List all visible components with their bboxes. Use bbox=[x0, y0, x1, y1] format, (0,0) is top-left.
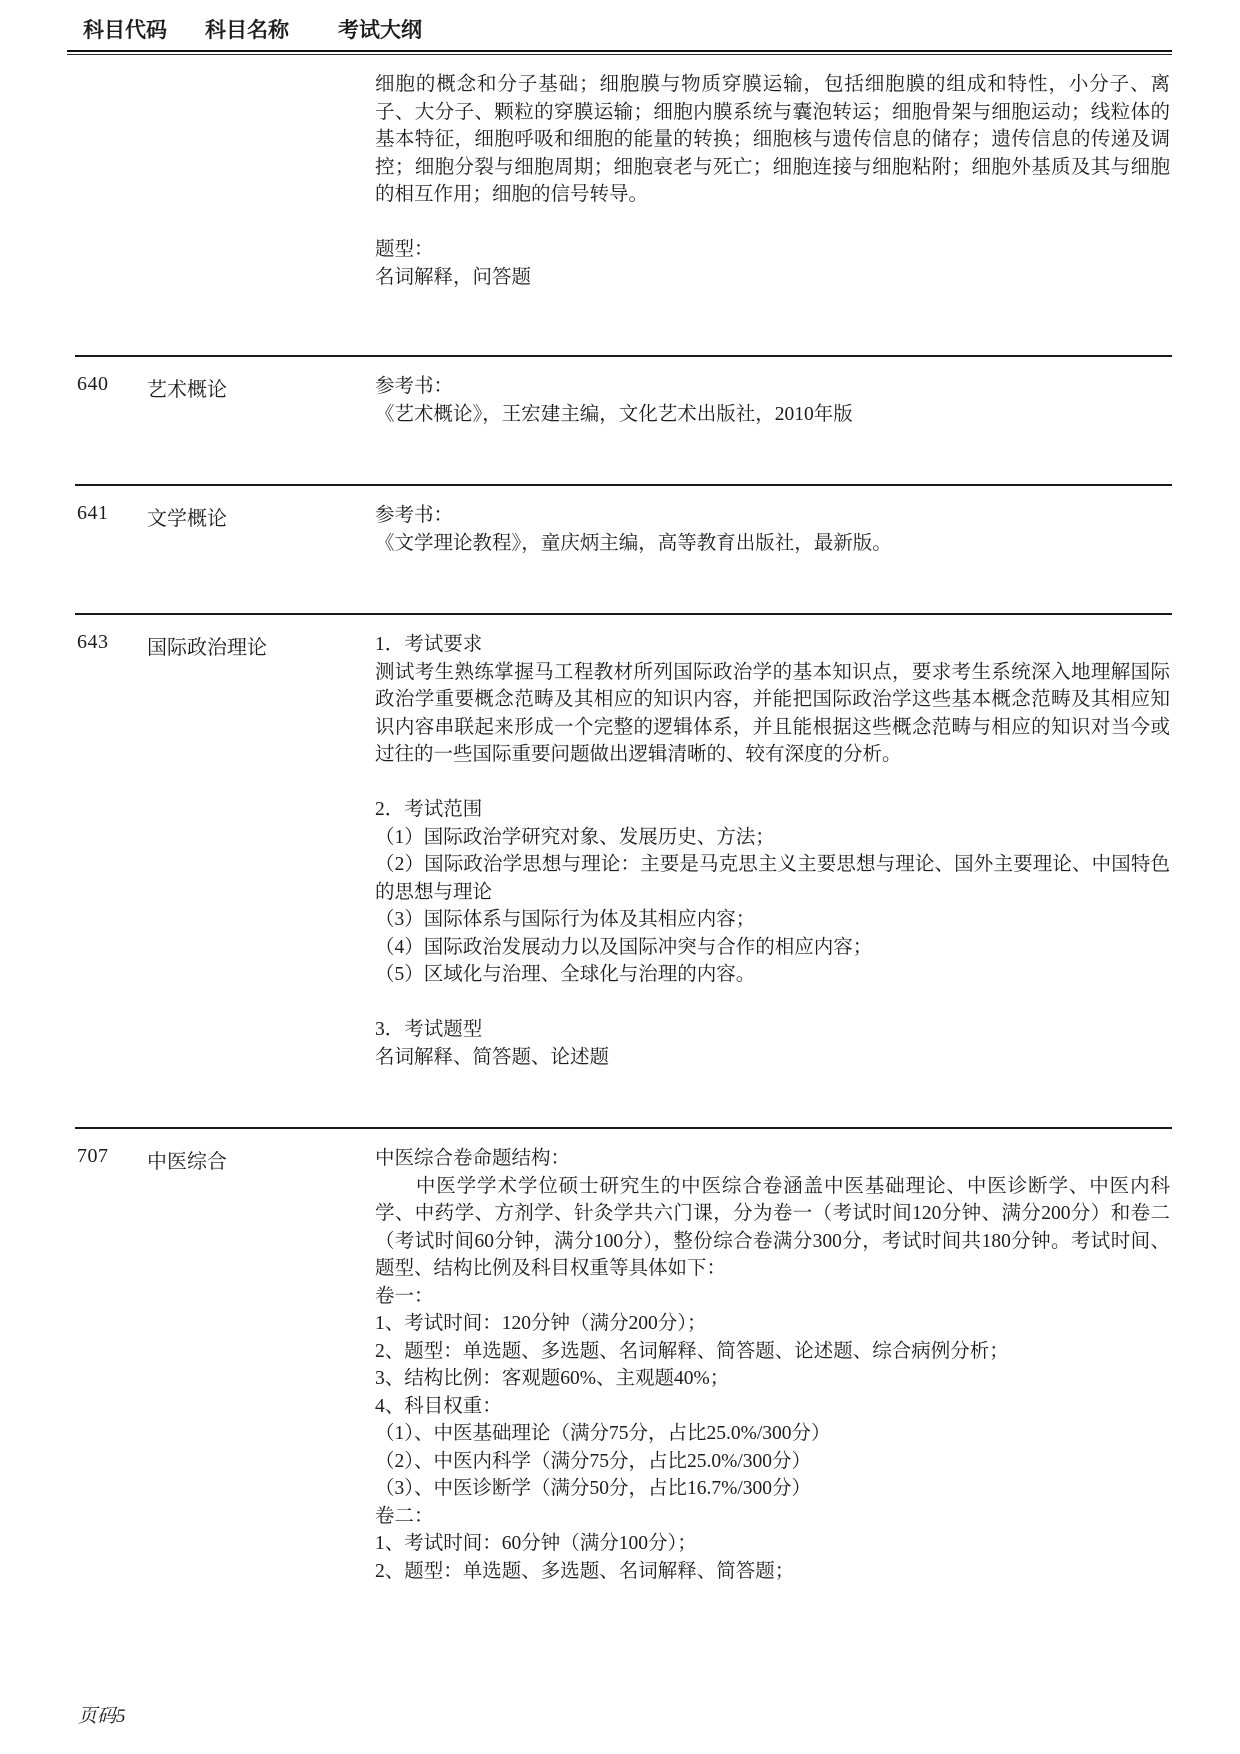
subject-code-cell: 641 bbox=[75, 502, 145, 557]
outline-line: （1）国际政治学研究对象、发展历史、方法； bbox=[375, 824, 1170, 852]
header-rule-thick bbox=[67, 50, 1172, 52]
table-row: 707 中医综合 中医综合卷命题结构： 中医学学术学位硕士研究生的中医综合卷涵盖… bbox=[75, 1127, 1172, 1641]
subject-code-cell: 640 bbox=[75, 373, 145, 428]
outline-line: 细胞的概念和分子基础；细胞膜与物质穿膜运输，包括细胞膜的组成和特性，小分子、离子… bbox=[375, 71, 1170, 209]
outline-line bbox=[375, 989, 1170, 1017]
outline-line: 1、考试时间：120分钟（满分200分）； bbox=[375, 1310, 1170, 1338]
outline-line: 3．考试题型 bbox=[375, 1016, 1170, 1044]
subject-code-cell: 707 bbox=[75, 1145, 145, 1585]
syllabus-page: 科目代码 科目名称 考试大纲 细胞的概念和分子基础；细胞膜与物质穿膜运输，包括细… bbox=[0, 0, 1240, 1754]
table-row: 641 文学概论 参考书：《文学理论教程》，童庆炳主编，高等教育出版社，最新版。 bbox=[75, 484, 1172, 613]
header-col-exam-outline: 考试大纲 bbox=[338, 14, 1172, 44]
outline-line bbox=[375, 769, 1170, 797]
outline-line: 卷二： bbox=[375, 1503, 1170, 1531]
outline-line: 3、结构比例：客观题60%、主观题40%； bbox=[375, 1365, 1170, 1393]
exam-outline-cell: 1．考试要求测试考生熟练掌握马工程教材所列国际政治学的基本知识点，要求考生系统深… bbox=[375, 631, 1172, 1071]
outline-line: （2）、中医内科学（满分75分，占比25.0%/300分） bbox=[375, 1448, 1170, 1476]
outline-line: 4、科目权重： bbox=[375, 1393, 1170, 1421]
outline-line: 2、题型：单选题、多选题、名词解释、简答题、论述题、综合病例分析； bbox=[375, 1338, 1170, 1366]
outline-line: （5）区域化与治理、全球化与治理的内容。 bbox=[375, 961, 1170, 989]
outline-line: 参考书： bbox=[375, 373, 1170, 401]
exam-outline-cell: 中医综合卷命题结构： 中医学学术学位硕士研究生的中医综合卷涵盖中医基础理论、中医… bbox=[375, 1145, 1172, 1585]
outline-line bbox=[375, 209, 1170, 237]
exam-outline-cell: 细胞的概念和分子基础；细胞膜与物质穿膜运输，包括细胞膜的组成和特性，小分子、离子… bbox=[375, 71, 1172, 291]
outline-line: （2）国际政治学思想与理论：主要是马克思主义主要思想与理论、国外主要理论、中国特… bbox=[375, 851, 1170, 906]
table-body: 细胞的概念和分子基础；细胞膜与物质穿膜运输，包括细胞膜的组成和特性，小分子、离子… bbox=[75, 55, 1172, 1641]
outline-line: 1．考试要求 bbox=[375, 631, 1170, 659]
exam-outline-cell: 参考书：《文学理论教程》，童庆炳主编，高等教育出版社，最新版。 bbox=[375, 502, 1172, 557]
outline-line: 中医学学术学位硕士研究生的中医综合卷涵盖中医基础理论、中医诊断学、中医内科学、中… bbox=[375, 1173, 1170, 1283]
table-row: 640 艺术概论 参考书：《艺术概论》，王宏建主编，文化艺术出版社，2010年版 bbox=[75, 355, 1172, 484]
outline-line: 中医综合卷命题结构： bbox=[375, 1145, 1170, 1173]
outline-line: 参考书： bbox=[375, 502, 1170, 530]
outline-line: 2、题型：单选题、多选题、名词解释、简答题； bbox=[375, 1558, 1170, 1586]
subject-name-cell: 中医综合 bbox=[145, 1145, 375, 1585]
outline-line: 《艺术概论》，王宏建主编，文化艺术出版社，2010年版 bbox=[375, 401, 1170, 429]
outline-line: 题型： bbox=[375, 236, 1170, 264]
outline-line: 卷一： bbox=[375, 1283, 1170, 1311]
table-row: 细胞的概念和分子基础；细胞膜与物质穿膜运输，包括细胞膜的组成和特性，小分子、离子… bbox=[75, 55, 1172, 355]
outline-line: 1、考试时间：60分钟（满分100分）； bbox=[375, 1530, 1170, 1558]
outline-line: （3）、中医诊断学（满分50分，占比16.7%/300分） bbox=[375, 1475, 1170, 1503]
outline-line: 2．考试范围 bbox=[375, 796, 1170, 824]
outline-line: （3）国际体系与国际行为体及其相应内容； bbox=[375, 906, 1170, 934]
page-number: 页码5 bbox=[78, 1706, 126, 1727]
subject-name-cell bbox=[145, 71, 375, 291]
header-col-subject-code: 科目代码 bbox=[83, 14, 205, 44]
page-footer: 页码5 bbox=[78, 1701, 126, 1728]
header-col-subject-name: 科目名称 bbox=[205, 14, 338, 44]
subject-code-cell bbox=[75, 71, 145, 291]
table-row: 643 国际政治理论 1．考试要求测试考生熟练掌握马工程教材所列国际政治学的基本… bbox=[75, 613, 1172, 1127]
subject-name-cell: 文学概论 bbox=[145, 502, 375, 557]
outline-line: 名词解释，问答题 bbox=[375, 264, 1170, 292]
subject-name-cell: 国际政治理论 bbox=[145, 631, 375, 1071]
subject-code-cell: 643 bbox=[75, 631, 145, 1071]
outline-line: （1）、中医基础理论（满分75分，占比25.0%/300分） bbox=[375, 1420, 1170, 1448]
exam-outline-cell: 参考书：《艺术概论》，王宏建主编，文化艺术出版社，2010年版 bbox=[375, 373, 1172, 428]
outline-line: （4）国际政治发展动力以及国际冲突与合作的相应内容； bbox=[375, 934, 1170, 962]
table-header: 科目代码 科目名称 考试大纲 bbox=[75, 10, 1172, 46]
outline-line: 名词解释、简答题、论述题 bbox=[375, 1044, 1170, 1072]
outline-line: 《文学理论教程》，童庆炳主编，高等教育出版社，最新版。 bbox=[375, 530, 1170, 558]
outline-line: 测试考生熟练掌握马工程教材所列国际政治学的基本知识点，要求考生系统深入地理解国际… bbox=[375, 659, 1170, 769]
subject-name-cell: 艺术概论 bbox=[145, 373, 375, 428]
